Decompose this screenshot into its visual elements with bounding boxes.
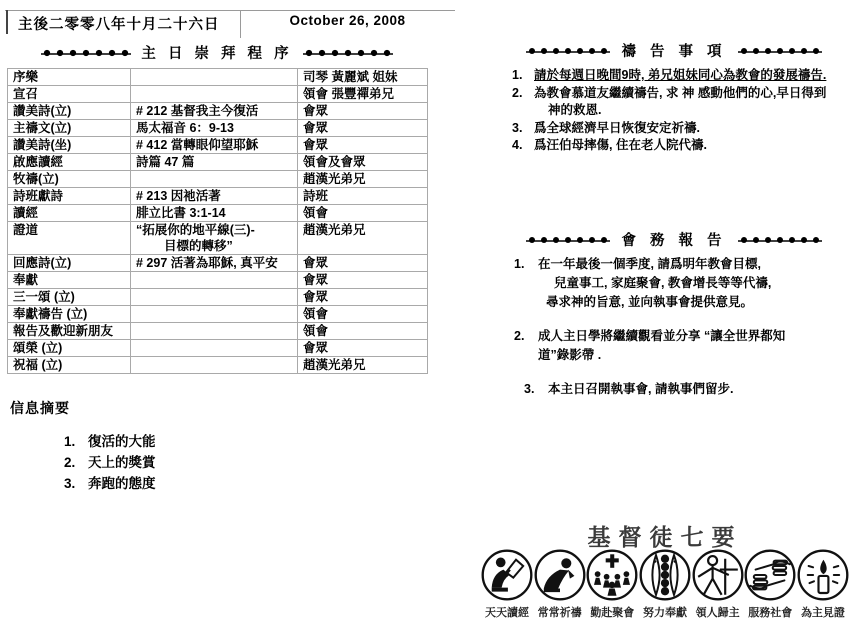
list-number: 3. bbox=[512, 120, 534, 138]
list-number: 3. bbox=[64, 473, 88, 494]
program-detail: 腓立比書 3:1-14 bbox=[131, 205, 298, 222]
prayer-items-list: 1. 請於每週日晚間9時, 弟兄姐妹同心為教會的發展禱告. 2. 為教會慕道友繼… bbox=[512, 67, 848, 155]
program-detail bbox=[131, 69, 298, 86]
reading-bible-icon bbox=[480, 548, 534, 602]
list-number: 3. bbox=[524, 380, 548, 399]
program-item: 讀經 bbox=[8, 205, 131, 222]
table-row: 宣召 領會 張豐禪弟兄 bbox=[8, 86, 428, 103]
date-chinese: 主後二零零八年十月二十六日 bbox=[18, 13, 220, 34]
sermon-title-line1: “拓展你的地平線(三)- bbox=[136, 222, 295, 238]
program-who: 司琴 黃麗斌 姐妹 bbox=[298, 69, 428, 86]
list-text: 爲汪伯母摔傷, 住在老人院代禱. bbox=[534, 137, 848, 155]
ornament-chain-icon bbox=[737, 234, 823, 246]
table-row: 證道 “拓展你的地平線(三)- 目標的轉移” 趙漢光弟兄 bbox=[8, 222, 428, 255]
ornament-chain-icon bbox=[525, 45, 611, 57]
list-item: 2. 天上的獎賞 bbox=[64, 452, 156, 473]
program-who: 會眾 bbox=[298, 272, 428, 289]
list-item: 2. 成人主日學將繼續觀看並分享 “讓全世界都知 道”錄影帶 . bbox=[514, 327, 850, 365]
list-text: 神的救恩. bbox=[534, 102, 848, 120]
church-gathering-icon bbox=[585, 548, 639, 602]
program-detail: “拓展你的地平線(三)- 目標的轉移” bbox=[131, 222, 298, 255]
ornament-chain-icon bbox=[302, 47, 394, 59]
list-item: 1. 復活的大能 bbox=[64, 431, 156, 452]
table-row: 報告及歡迎新朋友 領會 bbox=[8, 323, 428, 340]
list-text: 本主日召開執事會, 請執事們留步. bbox=[548, 380, 850, 399]
seven-essentials-icons: 天天讀經 常常祈禱 bbox=[481, 548, 849, 620]
program-item: 頌榮 (立) bbox=[8, 340, 131, 357]
table-row: 回應詩(立) # 297 活著為耶穌, 真平安 會眾 bbox=[8, 255, 428, 272]
praying-icon bbox=[533, 548, 587, 602]
program-item: 奉獻禱告 (立) bbox=[8, 306, 131, 323]
list-text: 成人主日學將繼續觀看並分享 “讓全世界都知 bbox=[538, 327, 850, 346]
table-row: 三一頌 (立) 會眾 bbox=[8, 289, 428, 306]
program-who: 會眾 bbox=[298, 137, 428, 154]
program-item: 證道 bbox=[8, 222, 131, 255]
candle-witness-icon bbox=[796, 548, 850, 602]
table-row: 祝福 (立) 趙漢光弟兄 bbox=[8, 357, 428, 374]
program-who: 會眾 bbox=[298, 340, 428, 357]
program-detail bbox=[131, 289, 298, 306]
offering-icon bbox=[638, 548, 692, 602]
list-number: 1. bbox=[514, 255, 538, 312]
serving-hands-icon bbox=[743, 548, 797, 602]
program-who: 領會 張豐禪弟兄 bbox=[298, 86, 428, 103]
program-detail: # 213 因祂活著 bbox=[131, 188, 298, 205]
program-who: 會眾 bbox=[298, 289, 428, 306]
seven-item: 服務社會 bbox=[744, 548, 796, 620]
program-who: 領會 bbox=[298, 205, 428, 222]
list-text: 尋求神的旨意, 並向執事會提供意見。 bbox=[538, 293, 850, 312]
ornament-chain-icon bbox=[737, 45, 823, 57]
program-item: 讚美詩(立) bbox=[8, 103, 131, 120]
program-item: 回應詩(立) bbox=[8, 255, 131, 272]
program-item: 詩班獻詩 bbox=[8, 188, 131, 205]
list-item: 1. 請於每週日晚間9時, 弟兄姐妹同心為教會的發展禱告. bbox=[512, 67, 848, 85]
table-row: 讀經 腓立比書 3:1-14 領會 bbox=[8, 205, 428, 222]
seven-item-label: 常常祈禱 bbox=[538, 604, 582, 620]
program-detail bbox=[131, 323, 298, 340]
table-row: 奉獻禱告 (立) 領會 bbox=[8, 306, 428, 323]
affairs-section-title: 會 務 報 告 bbox=[621, 229, 726, 250]
program-who: 領會及會眾 bbox=[298, 154, 428, 171]
header-left-tick bbox=[6, 10, 8, 34]
list-text: 道”錄影帶 . bbox=[538, 346, 850, 365]
list-text: 爲全球經濟早日恢復安定祈禱. bbox=[534, 120, 848, 138]
program-who: 領會 bbox=[298, 323, 428, 340]
date-english: October 26, 2008 bbox=[240, 13, 455, 28]
list-text: 為教會慕道友繼續禱告, 求 神 感動他們的心,早日得到 bbox=[534, 85, 848, 103]
program-who: 領會 bbox=[298, 306, 428, 323]
program-who: 會眾 bbox=[298, 120, 428, 137]
table-row: 啟應讀經 詩篇 47 篇 領會及會眾 bbox=[8, 154, 428, 171]
program-detail: # 412 當轉眼仰望耶穌 bbox=[131, 137, 298, 154]
list-text: 奔跑的態度 bbox=[88, 473, 156, 494]
list-item: 3. 爲全球經濟早日恢復安定祈禱. bbox=[512, 120, 848, 138]
program-title-row: 主 日 崇 拜 程 序 bbox=[7, 42, 427, 63]
message-summary-list: 1. 復活的大能 2. 天上的獎賞 3. 奔跑的態度 bbox=[64, 431, 156, 494]
table-row: 讚美詩(立) # 212 基督我主今復活 會眾 bbox=[8, 103, 428, 120]
list-number: 2. bbox=[514, 327, 538, 365]
program-item: 牧禱(立) bbox=[8, 171, 131, 188]
list-number: 4. bbox=[512, 137, 534, 155]
program-item: 主禱文(立) bbox=[8, 120, 131, 137]
message-summary-title: 信息摘要 bbox=[10, 398, 70, 418]
program-who: 趙漢光弟兄 bbox=[298, 222, 428, 255]
program-item: 序樂 bbox=[8, 69, 131, 86]
table-row: 詩班獻詩 # 213 因祂活著 詩班 bbox=[8, 188, 428, 205]
list-number: 1. bbox=[64, 431, 88, 452]
program-detail: # 212 基督我主今復活 bbox=[131, 103, 298, 120]
program-who: 會眾 bbox=[298, 255, 428, 272]
program-who: 會眾 bbox=[298, 103, 428, 120]
list-item: 3. 本主日召開執事會, 請執事們留步. bbox=[524, 380, 850, 399]
table-row: 主禱文(立) 馬太福音 6：9-13 會眾 bbox=[8, 120, 428, 137]
sermon-title-line2: 目標的轉移” bbox=[136, 238, 295, 254]
prayer-section-title: 禱 告 事 項 bbox=[621, 40, 726, 61]
program-item: 奉獻 bbox=[8, 272, 131, 289]
program-item: 宣召 bbox=[8, 86, 131, 103]
program-item: 三一頌 (立) bbox=[8, 289, 131, 306]
affairs-items-list: 1. 在一年最後一個季度, 請爲明年教會目標, 兒童事工, 家庭聚會, 教會增長… bbox=[514, 255, 850, 414]
program-detail: 馬太福音 6：9-13 bbox=[131, 120, 298, 137]
affairs-section-header: 會 務 報 告 bbox=[494, 229, 852, 250]
seven-item: 常常祈禱 bbox=[534, 548, 586, 620]
program-detail: # 297 活著為耶穌, 真平安 bbox=[131, 255, 298, 272]
program-item: 讚美詩(坐) bbox=[8, 137, 131, 154]
list-item: 4. 爲汪伯母摔傷, 住在老人院代禱. bbox=[512, 137, 848, 155]
list-text: 在一年最後一個季度, 請爲明年教會目標, bbox=[538, 255, 850, 274]
seven-item: 為主見證 bbox=[797, 548, 849, 620]
ornament-chain-icon bbox=[40, 47, 132, 59]
table-row: 頌榮 (立) 會眾 bbox=[8, 340, 428, 357]
lead-to-christ-icon bbox=[691, 548, 745, 602]
list-text: 請於每週日晚間9時, 弟兄姐妹同心為教會的發展禱告. bbox=[534, 67, 848, 85]
seven-item-label: 天天讀經 bbox=[485, 604, 529, 620]
seven-item: 勤赴聚會 bbox=[586, 548, 638, 620]
program-who: 趙漢光弟兄 bbox=[298, 171, 428, 188]
program-detail bbox=[131, 340, 298, 357]
church-bulletin-page: 主後二零零八年十月二十六日 October 26, 2008 主 日 崇 拜 程… bbox=[0, 0, 852, 633]
program-detail bbox=[131, 357, 298, 374]
table-row: 序樂 司琴 黃麗斌 姐妹 bbox=[8, 69, 428, 86]
list-number: 1. bbox=[512, 67, 534, 85]
list-text: 天上的獎賞 bbox=[88, 452, 156, 473]
program-detail bbox=[131, 171, 298, 188]
seven-item-label: 服務社會 bbox=[748, 604, 792, 620]
program-item: 啟應讀經 bbox=[8, 154, 131, 171]
program-title: 主 日 崇 拜 程 序 bbox=[141, 42, 292, 63]
table-row: 讚美詩(坐) # 412 當轉眼仰望耶穌 會眾 bbox=[8, 137, 428, 154]
seven-item-label: 為主見證 bbox=[801, 604, 845, 620]
list-item: 1. 在一年最後一個季度, 請爲明年教會目標, 兒童事工, 家庭聚會, 教會增長… bbox=[514, 255, 850, 312]
seven-item: 努力奉獻 bbox=[639, 548, 691, 620]
prayer-section-header: 禱 告 事 項 bbox=[494, 40, 852, 61]
list-text: 復活的大能 bbox=[88, 431, 156, 452]
program-detail: 詩篇 47 篇 bbox=[131, 154, 298, 171]
seven-item: 領人歸主 bbox=[692, 548, 744, 620]
program-item: 祝福 (立) bbox=[8, 357, 131, 374]
program-detail bbox=[131, 306, 298, 323]
ornament-chain-icon bbox=[525, 234, 611, 246]
seven-item: 天天讀經 bbox=[481, 548, 533, 620]
program-who: 詩班 bbox=[298, 188, 428, 205]
list-number: 2. bbox=[512, 85, 534, 120]
table-row: 牧禱(立) 趙漢光弟兄 bbox=[8, 171, 428, 188]
program-item: 報告及歡迎新朋友 bbox=[8, 323, 131, 340]
list-item: 2. 為教會慕道友繼續禱告, 求 神 感動他們的心,早日得到 神的救恩. bbox=[512, 85, 848, 120]
seven-item-label: 勤赴聚會 bbox=[590, 604, 634, 620]
table-row: 奉獻 會眾 bbox=[8, 272, 428, 289]
program-detail bbox=[131, 86, 298, 103]
list-number: 2. bbox=[64, 452, 88, 473]
worship-program-table: 序樂 司琴 黃麗斌 姐妹 宣召 領會 張豐禪弟兄 讚美詩(立) # 212 基督… bbox=[7, 68, 428, 374]
seven-item-label: 領人歸主 bbox=[696, 604, 740, 620]
seven-item-label: 努力奉獻 bbox=[643, 604, 687, 620]
program-who: 趙漢光弟兄 bbox=[298, 357, 428, 374]
header-top-rule bbox=[5, 10, 455, 11]
list-text: 兒童事工, 家庭聚會, 教會增長等等代禱, bbox=[538, 274, 850, 293]
list-item: 3. 奔跑的態度 bbox=[64, 473, 156, 494]
program-detail bbox=[131, 272, 298, 289]
